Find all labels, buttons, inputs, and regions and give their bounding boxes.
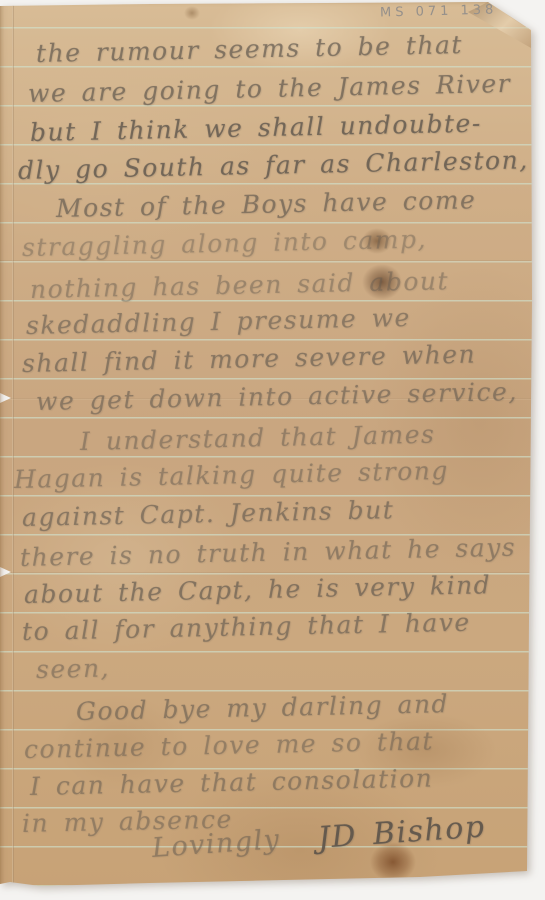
letter-line: I can have that consolation: [30, 765, 434, 801]
smudge-stain: [55, 695, 185, 790]
letter-line: Most of the Boys have come: [56, 186, 477, 222]
letter-line: nothing has been said about: [30, 267, 450, 303]
letter-line: Hagan is talking quite strong: [14, 457, 449, 494]
edge-tear-notch: [0, 567, 11, 577]
letter-line: the rumour seems to be that: [36, 31, 463, 67]
letter-line: I understand that James: [80, 421, 436, 456]
horizontal-fold-crease: [0, 398, 531, 400]
scan-background: MS 071 138 the rumour seems to be that w…: [0, 0, 545, 900]
letter-line: straggling along into camp,: [22, 226, 427, 262]
edge-tear-notch: [0, 393, 11, 403]
letter-line: to all for anything that I have: [22, 609, 471, 646]
aged-paper: MS 071 138 the rumour seems to be that w…: [0, 0, 545, 900]
letter-line: against Capt. Jenkins but: [22, 496, 395, 531]
letter-line: we get down into active service,: [36, 378, 518, 416]
valediction: Lovingly: [151, 825, 281, 864]
signature: JD Bishop: [317, 810, 487, 855]
letter-line: there is no truth in what he says: [20, 534, 517, 572]
letter-line: Good bye my darling and: [76, 690, 450, 725]
horizontal-fold-crease: [0, 572, 531, 574]
ink-stain: [362, 228, 392, 254]
letter-page: MS 071 138 the rumour seems to be that w…: [0, 0, 545, 900]
letter-line: we are going to the James River: [28, 70, 512, 108]
ink-stain: [362, 264, 402, 300]
letter-line: continue to love me so that: [24, 727, 434, 763]
catalog-number: MS 071 138: [380, 2, 498, 20]
ink-stain: [370, 842, 416, 882]
horizontal-fold-crease: [0, 260, 531, 262]
letter-line: but I think we shall undoubte-: [30, 110, 482, 147]
letter-line: about the Capt, he is very kind: [24, 571, 492, 608]
letter-line: in my absence: [22, 806, 233, 838]
letter-line: skedaddling I presume we: [26, 304, 411, 340]
ink-stain: [184, 6, 200, 20]
vertical-fold-crease: [12, 0, 14, 900]
letter-line: dly go South as far as Charleston,: [18, 146, 529, 184]
letter-line: shall find it more severe when: [22, 340, 477, 377]
letter-line: seen,: [36, 654, 111, 683]
smudge-stain: [356, 712, 496, 788]
